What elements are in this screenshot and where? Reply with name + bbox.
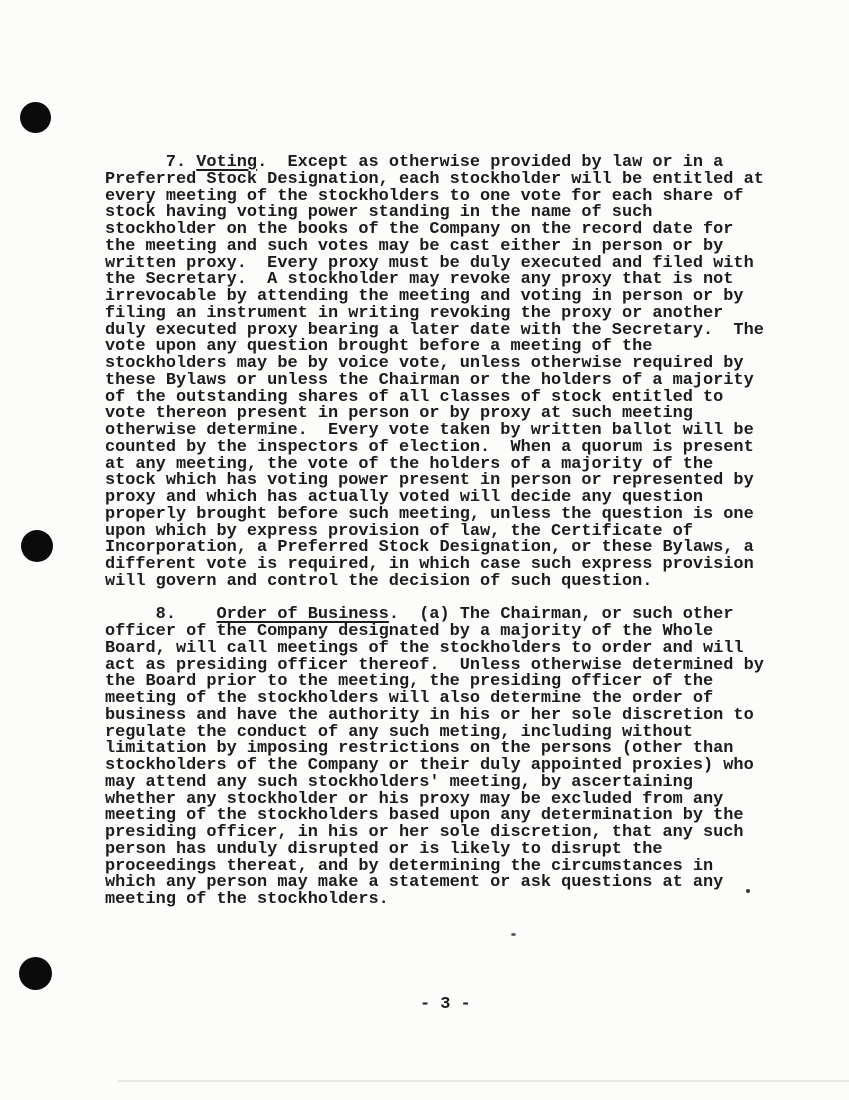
document-body: 7. Voting. Except as otherwise provided … bbox=[105, 155, 805, 909]
section-8-order-of-business: 8. Order of Business. (a) The Chairman, … bbox=[105, 607, 805, 909]
section-8-text: officer of the Company designated by a m… bbox=[105, 624, 805, 909]
scan-speck-artifact bbox=[746, 889, 750, 893]
section-7-voting: 7. Voting. Except as otherwise provided … bbox=[105, 155, 805, 591]
page-number: - 3 - bbox=[420, 995, 471, 1014]
punch-hole-bottom-icon bbox=[19, 957, 52, 990]
punch-hole-middle-icon bbox=[21, 530, 53, 562]
scan-streak-artifact bbox=[118, 1080, 849, 1082]
punch-hole-top-icon bbox=[20, 102, 51, 133]
scanned-document-page: 7. Voting. Except as otherwise provided … bbox=[0, 0, 849, 1100]
section-7-text: Preferred Stock Designation, each stockh… bbox=[105, 172, 805, 591]
scan-speck-artifact bbox=[511, 933, 516, 936]
